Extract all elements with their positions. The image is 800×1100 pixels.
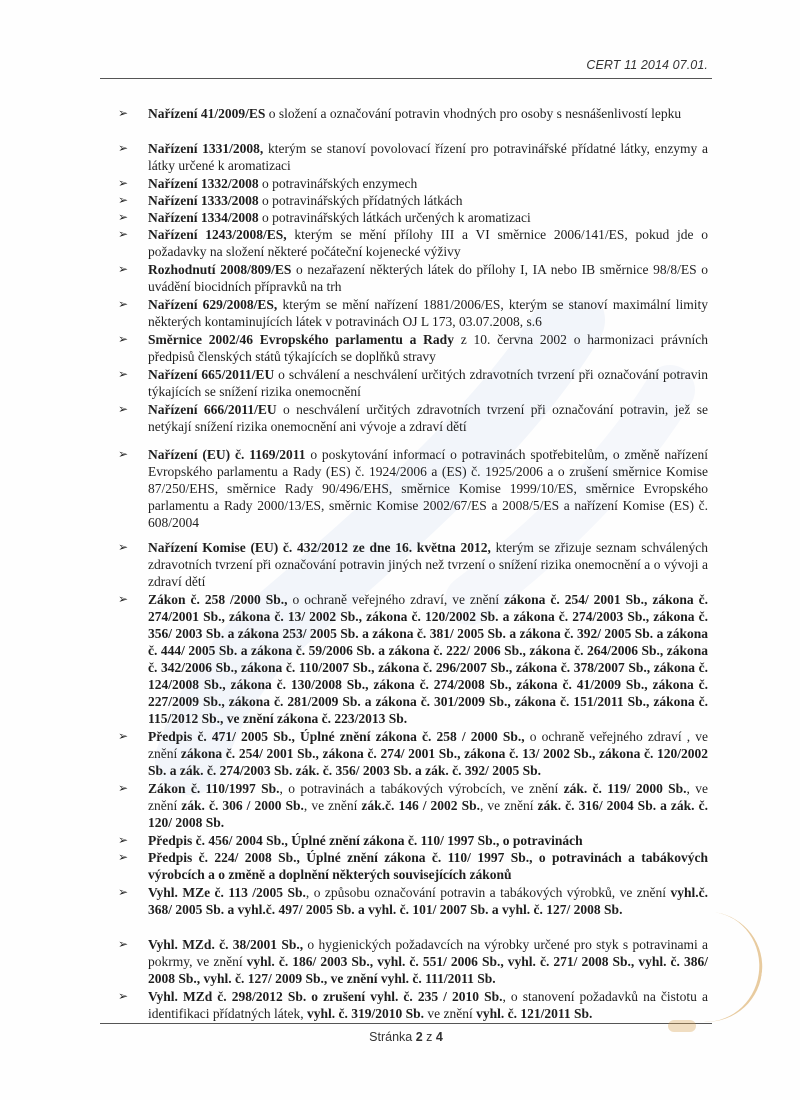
arrow-bullet-icon: ➢ <box>118 780 128 797</box>
arrow-bullet-icon: ➢ <box>118 936 128 953</box>
arrow-bullet-icon: ➢ <box>118 884 128 901</box>
list-item: ➢Směrnice 2002/46 Evropského parlamentu … <box>148 331 708 365</box>
arrow-bullet-icon: ➢ <box>118 728 128 745</box>
regulation-reference: Předpis č. 224/ 2008 Sb., Úplné znění zá… <box>148 850 708 882</box>
regulation-reference: Nařízení 1243/2008/ES, <box>148 227 287 242</box>
list-item: ➢Rozhodnutí 2008/809/ES o nezařazení něk… <box>148 261 708 295</box>
regulation-description: , o způsobu označování potravin a tabáko… <box>306 885 671 900</box>
regulation-reference: zák. č. 119/ 2000 Sb. <box>564 781 687 796</box>
regulation-description: ve znění <box>424 1006 476 1021</box>
regulation-reference: Nařízení 1334/2008 <box>148 210 259 225</box>
list-item: ➢Nařízení 41/2009/ES o složení a označov… <box>148 105 708 122</box>
list-item: ➢Nařízení 1243/2008/ES, kterým se mění p… <box>148 226 708 260</box>
regulation-description: o ochraně veřejného zdraví, ve znění <box>288 592 505 607</box>
list-item: ➢Předpis č. 456/ 2004 Sb., Úplné znění z… <box>148 832 708 849</box>
list-item: ➢Nařízení 666/2011/EU o neschválení urči… <box>148 401 708 435</box>
regulation-reference: Nařízení 629/2008/ES, <box>148 297 277 312</box>
document-id: CERT 11 2014 07.01. <box>586 58 708 72</box>
regulation-reference: Zákon č. 258 /2000 Sb., <box>148 592 288 607</box>
regulation-reference: Nařízení 1333/2008 <box>148 193 259 208</box>
arrow-bullet-icon: ➢ <box>118 296 128 313</box>
regulation-description: o složení a označování potravin vhodných… <box>265 106 681 121</box>
total-pages: 4 <box>436 1030 443 1044</box>
coffee-stain-small <box>668 1020 696 1032</box>
arrow-bullet-icon: ➢ <box>118 849 128 866</box>
regulation-reference: Rozhodnutí 2008/809/ES <box>148 262 291 277</box>
arrow-bullet-icon: ➢ <box>118 261 128 278</box>
regulation-reference: Vyhl. MZd č. 298/2012 Sb. o zrušení vyhl… <box>148 989 502 1004</box>
current-page: 2 <box>416 1030 423 1044</box>
list-item: ➢Nařízení 665/2011/EU o schválení a nesc… <box>148 366 708 400</box>
regulation-reference: zák.č. 146 / 2002 Sb. <box>361 798 480 813</box>
arrow-bullet-icon: ➢ <box>118 192 128 209</box>
page-label: Stránka <box>369 1030 412 1044</box>
regulation-description: o potravinářských látkách určených k aro… <box>259 210 531 225</box>
regulation-reference: Nařízení 1331/2008, <box>148 141 263 156</box>
regulation-reference: Nařízení Komise (EU) č. 432/2012 ze dne … <box>148 540 491 555</box>
document-page: CERT 11 2014 07.01. ➢Nařízení 41/2009/ES… <box>0 0 800 1100</box>
list-item: ➢Vyhl. MZe č. 113 /2005 Sb., o způsobu o… <box>148 884 708 918</box>
regulation-reference: Vyhl. MZe č. 113 /2005 Sb. <box>148 885 306 900</box>
regulation-reference: Předpis č. 471/ 2005 Sb., Úplné znění zá… <box>148 729 525 744</box>
list-item: ➢Zákon č. 110/1997 Sb., o potravinách a … <box>148 780 708 831</box>
arrow-bullet-icon: ➢ <box>118 226 128 243</box>
regulation-reference: Směrnice 2002/46 Evropského parlamentu a… <box>148 332 454 347</box>
page-separator: z <box>426 1030 432 1044</box>
list-item: ➢Nařízení (EU) č. 1169/2011 o poskytován… <box>148 446 708 531</box>
regulation-reference: zákona č. 254/ 2001 Sb., zákona č. 274/ … <box>148 746 708 778</box>
arrow-bullet-icon: ➢ <box>118 175 128 192</box>
arrow-bullet-icon: ➢ <box>118 401 128 418</box>
list-item: ➢Nařízení 1331/2008, kterým se stanoví p… <box>148 140 708 174</box>
footer-divider <box>100 1023 712 1024</box>
regulation-reference: Zákon č. 110/1997 Sb. <box>148 781 280 796</box>
list-item: ➢Vyhl. MZd. č. 38/2001 Sb., o hygienický… <box>148 936 708 987</box>
regulation-reference: zák. č. 306 / 2000 Sb. <box>181 798 304 813</box>
regulation-description: , ve znění <box>480 798 538 813</box>
arrow-bullet-icon: ➢ <box>118 832 128 849</box>
list-item: ➢Nařízení 629/2008/ES, kterým se mění na… <box>148 296 708 330</box>
regulation-reference: vyhl. č. 121/2011 Sb. <box>476 1006 592 1021</box>
coffee-stain <box>692 911 770 1029</box>
arrow-bullet-icon: ➢ <box>118 105 128 122</box>
regulation-reference: Nařízení 1332/2008 <box>148 176 259 191</box>
regulation-reference: zákona č. 254/ 2001 Sb., zákona č. 274/2… <box>148 592 708 726</box>
regulation-reference: Předpis č. 456/ 2004 Sb., Úplné znění zá… <box>148 833 583 848</box>
list-item: ➢Nařízení 1333/2008 o potravinářských př… <box>148 192 708 209</box>
header-divider <box>100 78 712 79</box>
arrow-bullet-icon: ➢ <box>118 988 128 1005</box>
arrow-bullet-icon: ➢ <box>118 539 128 556</box>
list-item: ➢Předpis č. 471/ 2005 Sb., Úplné znění z… <box>148 728 708 779</box>
regulation-reference: Vyhl. MZd. č. 38/2001 Sb., <box>148 937 303 952</box>
regulation-reference: vyhl. č. 319/2010 Sb. <box>307 1006 424 1021</box>
page-number: Stránka 2 z 4 <box>0 1030 800 1044</box>
arrow-bullet-icon: ➢ <box>118 366 128 383</box>
regulation-description: , o potravinách a tabákových výrobcích, … <box>280 781 564 796</box>
arrow-bullet-icon: ➢ <box>118 140 128 157</box>
list-item: ➢Vyhl. MZd č. 298/2012 Sb. o zrušení vyh… <box>148 988 708 1022</box>
regulation-reference: Nařízení 41/2009/ES <box>148 106 265 121</box>
regulation-description: o potravinářských přídatných látkách <box>259 193 463 208</box>
regulation-reference: Nařízení 665/2011/EU <box>148 367 274 382</box>
arrow-bullet-icon: ➢ <box>118 591 128 608</box>
regulation-description: o potravinářských enzymech <box>259 176 418 191</box>
list-item: ➢Zákon č. 258 /2000 Sb., o ochraně veřej… <box>148 591 708 727</box>
list-item: ➢Nařízení 1332/2008 o potravinářských en… <box>148 175 708 192</box>
regulation-description: , ve znění <box>304 798 362 813</box>
list-item: ➢Předpis č. 224/ 2008 Sb., Úplné znění z… <box>148 849 708 883</box>
regulation-reference: Nařízení (EU) č. 1169/2011 <box>148 447 305 462</box>
regulation-reference: Nařízení 666/2011/EU <box>148 402 277 417</box>
list-item: ➢Nařízení Komise (EU) č. 432/2012 ze dne… <box>148 539 708 590</box>
list-item: ➢Nařízení 1334/2008 o potravinářských lá… <box>148 209 708 226</box>
arrow-bullet-icon: ➢ <box>118 331 128 348</box>
arrow-bullet-icon: ➢ <box>118 209 128 226</box>
arrow-bullet-icon: ➢ <box>118 446 128 463</box>
